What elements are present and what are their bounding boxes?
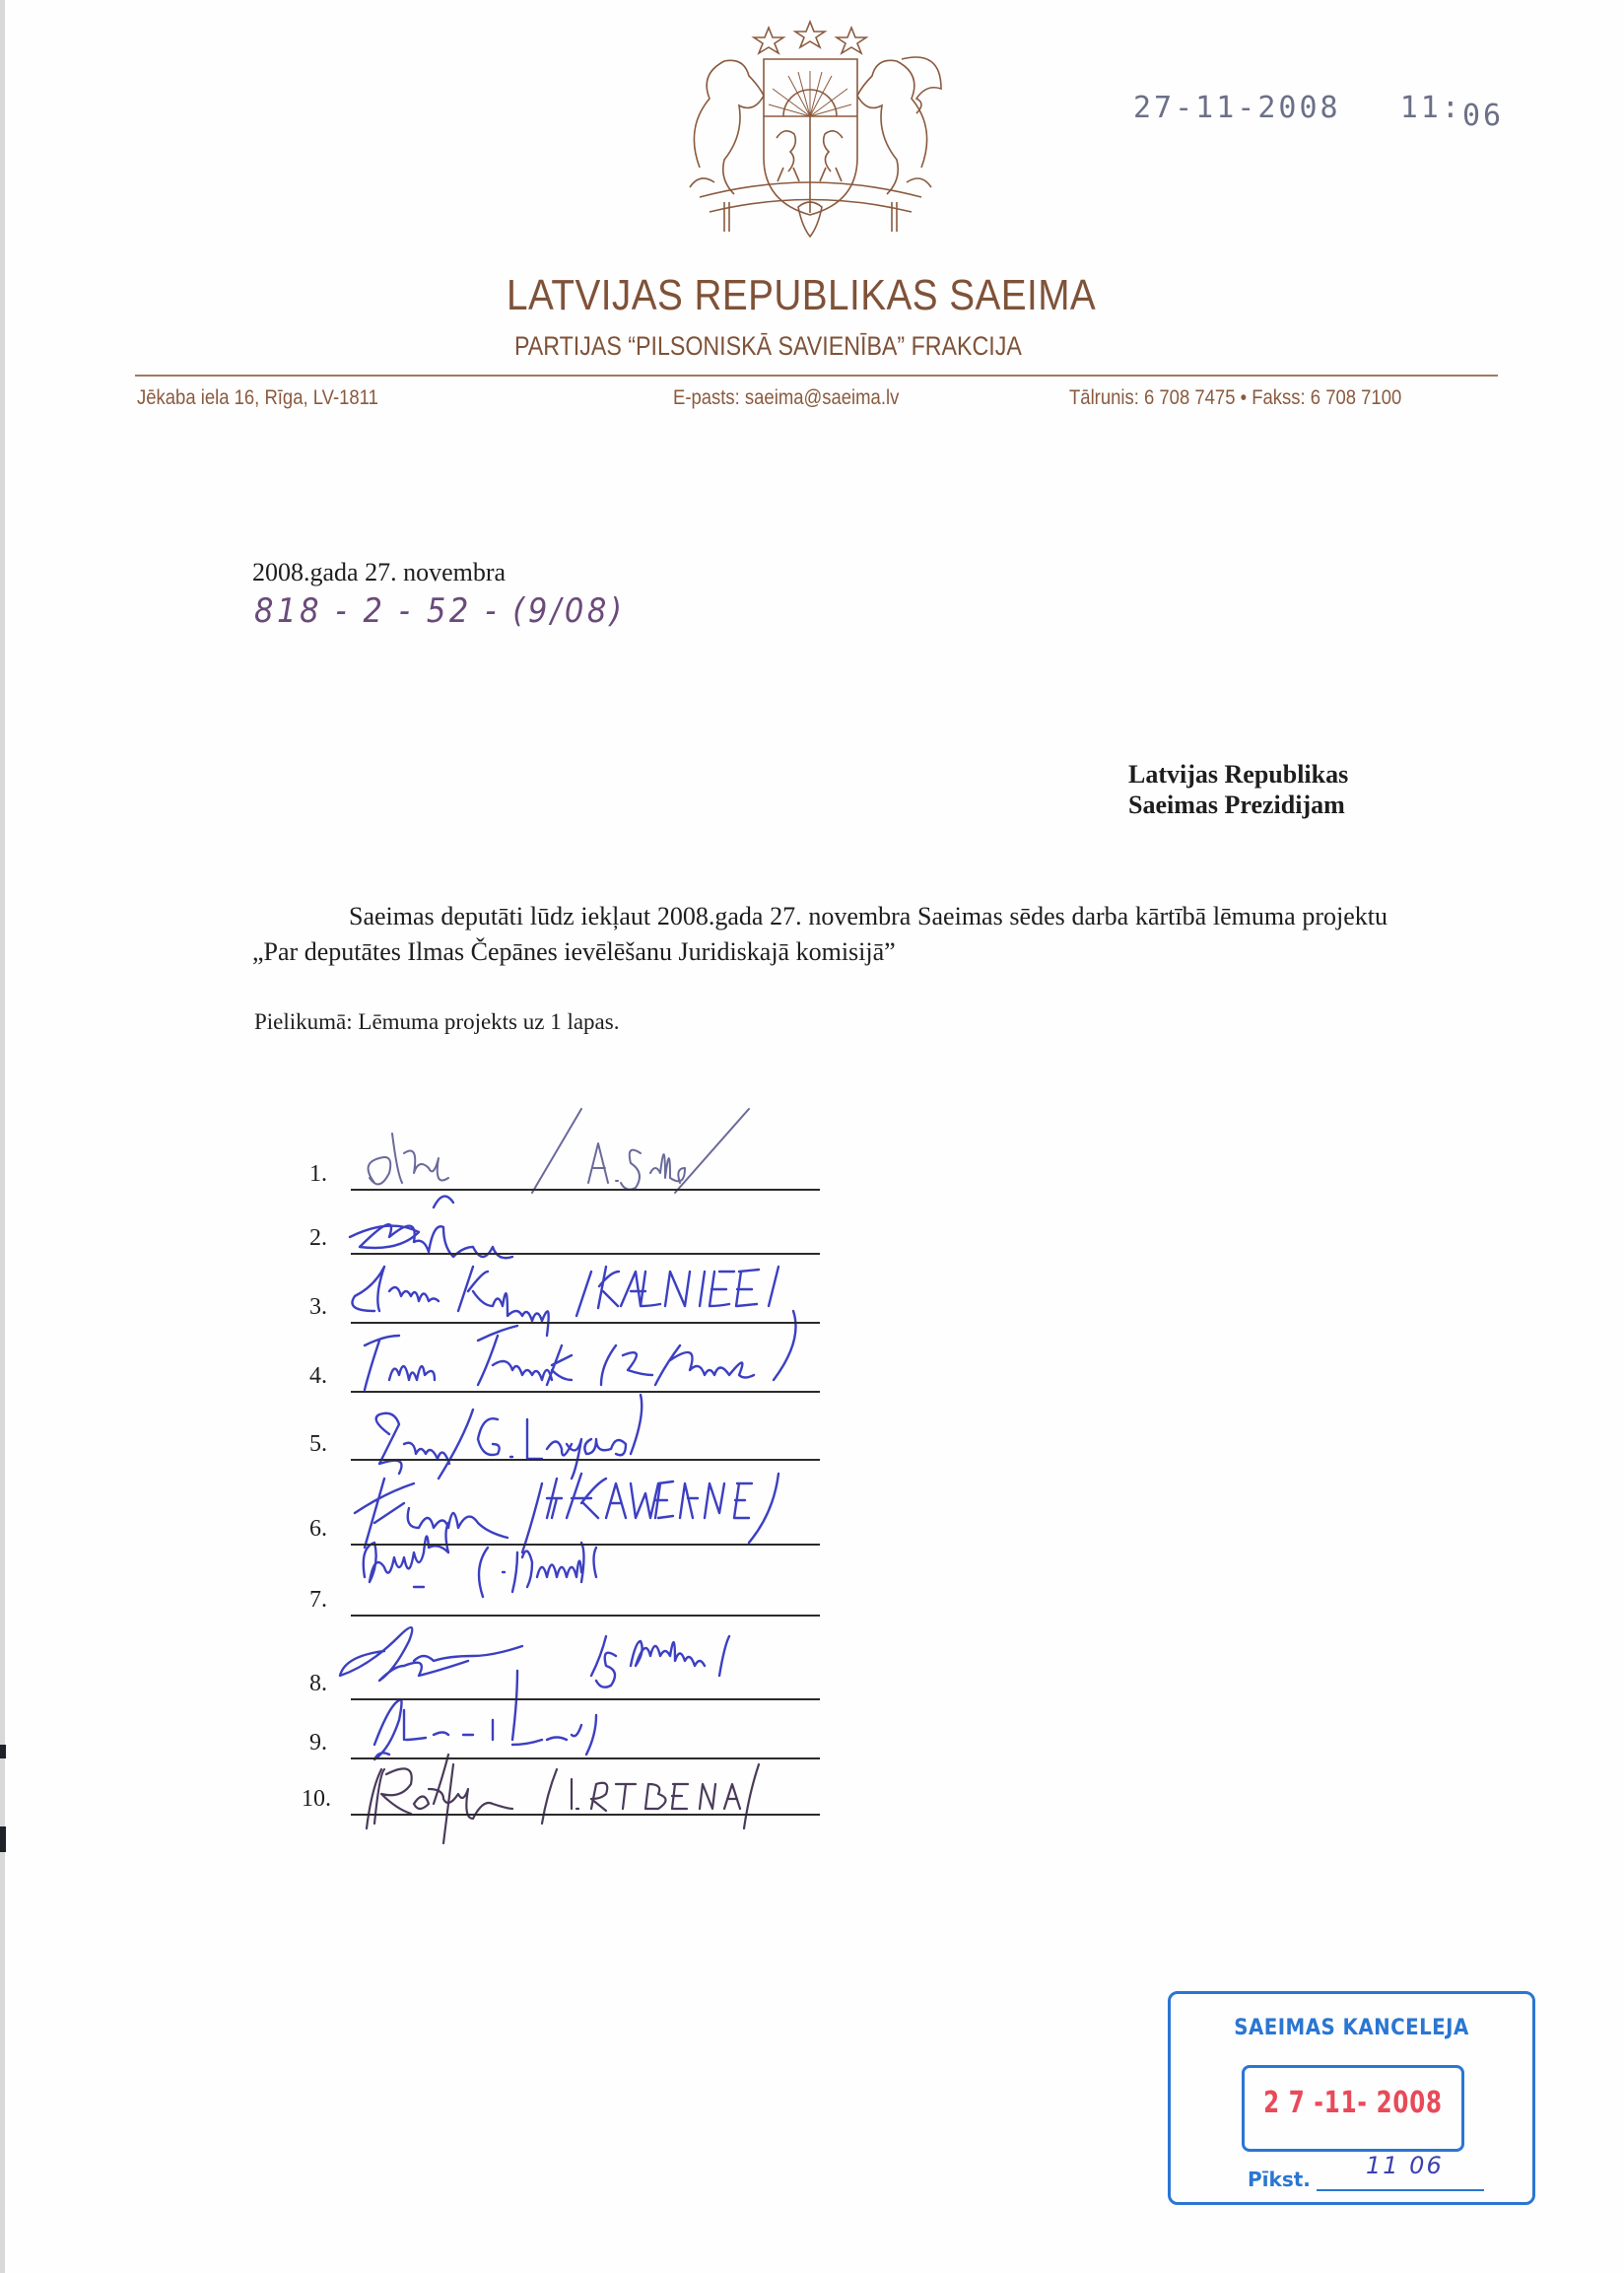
letter-body: Saeimas deputāti lūdz iekļaut 2008.gada … <box>252 899 1387 970</box>
fax-date: 27-11-2008 <box>1133 91 1341 125</box>
signature-line <box>351 1698 820 1700</box>
letterhead-divider <box>135 375 1498 377</box>
scanned-letter-page: 27-11-2008 11:06 LATVIJAS REPUBLIKAS SAE… <box>0 0 1624 2273</box>
signature-line <box>351 1544 820 1546</box>
signature-line <box>351 1391 820 1393</box>
signature-number: 8. <box>292 1671 327 1697</box>
stamp-time-underline <box>1317 2189 1484 2191</box>
signature-line <box>351 1253 820 1255</box>
signature-line <box>351 1615 820 1617</box>
signature-line <box>351 1814 820 1816</box>
stamp-date-box: 2 7 -11- 2008 <box>1242 2065 1464 2152</box>
signature-number: 6. <box>292 1516 327 1543</box>
signature-number: 2. <box>292 1225 327 1252</box>
letterhead-title: LATVIJAS REPUBLIKAS SAEIMA <box>507 271 1096 320</box>
recipient-line-1: Latvijas Republikas <box>1128 759 1348 790</box>
signature-line <box>351 1757 820 1759</box>
attachment-note: Pielikumā: Lēmuma projekts uz 1 lapas. <box>254 1009 619 1035</box>
signature-line <box>351 1322 820 1324</box>
handwritten-reference-number: 818 - 2 - 52 - (9/08) <box>254 591 625 631</box>
scan-edge-mark <box>0 1745 6 1758</box>
stamp-date: 2 7 -11- 2008 <box>1261 2086 1446 2120</box>
letter-date: 2008.gada 27. novembra <box>252 558 506 587</box>
signature-number: 9. <box>292 1730 327 1756</box>
recipient-line-2: Saeimas Prezidijam <box>1128 790 1348 820</box>
signature-number: 5. <box>292 1431 327 1458</box>
signature-line <box>351 1459 820 1461</box>
letterhead-subtitle: PARTIJAS “PILSONISKĀ SAVIENĪBA” FRAKCIJA <box>514 331 1022 362</box>
scan-edge-mark <box>0 1826 6 1852</box>
stamp-time-label: Pīkst. <box>1248 2168 1311 2191</box>
letter-body-text: Saeimas deputāti lūdz iekļaut 2008.gada … <box>252 902 1387 966</box>
signature-number: 10. <box>286 1786 331 1813</box>
fax-timestamp: 27-11-2008 11:06 <box>1133 91 1504 125</box>
signature-line <box>351 1189 820 1191</box>
signature-number: 4. <box>292 1363 327 1390</box>
signature-number: 3. <box>292 1294 327 1321</box>
letterhead-phone-fax: Tālrunis: 6 708 7475 • Fakss: 6 708 7100 <box>1069 386 1401 410</box>
signature-number: 1. <box>292 1161 327 1188</box>
recipient-block: Latvijas Republikas Saeimas Prezidijam <box>1128 759 1348 820</box>
letterhead-address: Jēkaba iela 16, Rīga, LV-1811 <box>137 386 378 410</box>
stamp-title: SAEIMAS KANCELEJA <box>1188 2016 1514 2040</box>
fax-time-hours: 11: <box>1400 91 1462 125</box>
received-stamp: SAEIMAS KANCELEJA 2 7 -11- 2008 Pīkst. 1… <box>1168 1991 1535 2205</box>
letterhead-email: E-pasts: saeima@saeima.lv <box>673 386 899 410</box>
coat-of-arms-icon <box>670 20 951 241</box>
signature-number: 7. <box>292 1587 327 1614</box>
scan-edge <box>0 0 5 2273</box>
fax-time-minutes: 06 <box>1462 99 1504 133</box>
stamp-time-value: 11 06 <box>1366 2152 1444 2179</box>
